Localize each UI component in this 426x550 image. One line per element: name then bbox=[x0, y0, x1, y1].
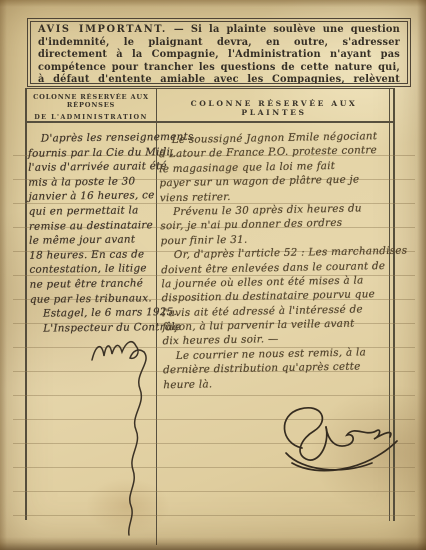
handwriting-line: contestation, le litige bbox=[29, 262, 155, 278]
admin-date-line: Estagel, le 6 mars 1925. bbox=[30, 305, 156, 321]
page-edge-shadow bbox=[0, 537, 426, 550]
handwriting-line: mis à la poste le 30 bbox=[28, 174, 154, 190]
handwriting-line: ne peut être tranché bbox=[30, 276, 156, 292]
page-edge-shadow bbox=[0, 0, 426, 7]
complainant-signature bbox=[272, 393, 407, 488]
notice-box: AVIS IMPORTANT. — Si la plainte soulève … bbox=[27, 18, 411, 87]
handwriting-line: qui en permettait la bbox=[29, 203, 155, 219]
notice-text: AVIS IMPORTANT. — Si la plainte soulève … bbox=[38, 24, 400, 84]
page-edge-shadow bbox=[0, 0, 7, 550]
header-bottom-border bbox=[25, 121, 394, 123]
complaint-text: Le soussigné Jagnon Emile négociant à La… bbox=[159, 129, 402, 393]
admin-header-line1: COLONNE RÉSERVÉE AUX RÉPONSES bbox=[27, 93, 155, 109]
admin-response-text: D'après les renseignements fournis par l… bbox=[28, 130, 156, 336]
notice-title: AVIS IMPORTANT. bbox=[38, 24, 167, 35]
table-top-border bbox=[25, 88, 394, 89]
handwriting-line: remise au destinataire bbox=[29, 218, 155, 234]
complainant-signature-flourish-icon bbox=[272, 393, 407, 488]
admin-header-line2: DE L'ADMINISTRATION bbox=[27, 113, 155, 121]
register-page: AVIS IMPORTANT. — Si la plainte soulève … bbox=[0, 0, 426, 550]
complaints-column-header: COLONNE RÉSERVÉE AUX PLAINTES bbox=[158, 99, 390, 117]
notice-box-inner: AVIS IMPORTANT. — Si la plainte soulève … bbox=[30, 21, 408, 84]
handwriting-line: l'avis d'arrivée aurait été bbox=[28, 159, 154, 175]
page-edge-shadow bbox=[417, 0, 426, 550]
admin-column-header: COLONNE RÉSERVÉE AUX RÉPONSES DE L'ADMIN… bbox=[27, 93, 155, 121]
handwriting-line: D'après les renseignements bbox=[28, 130, 154, 146]
handwriting-line: le même jour avant bbox=[29, 232, 155, 248]
handwriting-line: que par les tribunaux. bbox=[30, 291, 156, 307]
handwriting-line: fournis par la Cie du Midi, bbox=[28, 145, 154, 161]
handwriting-line: janvier à 16 heures, ce bbox=[28, 189, 154, 205]
handwriting-line: 18 heures. En cas de bbox=[29, 247, 155, 263]
